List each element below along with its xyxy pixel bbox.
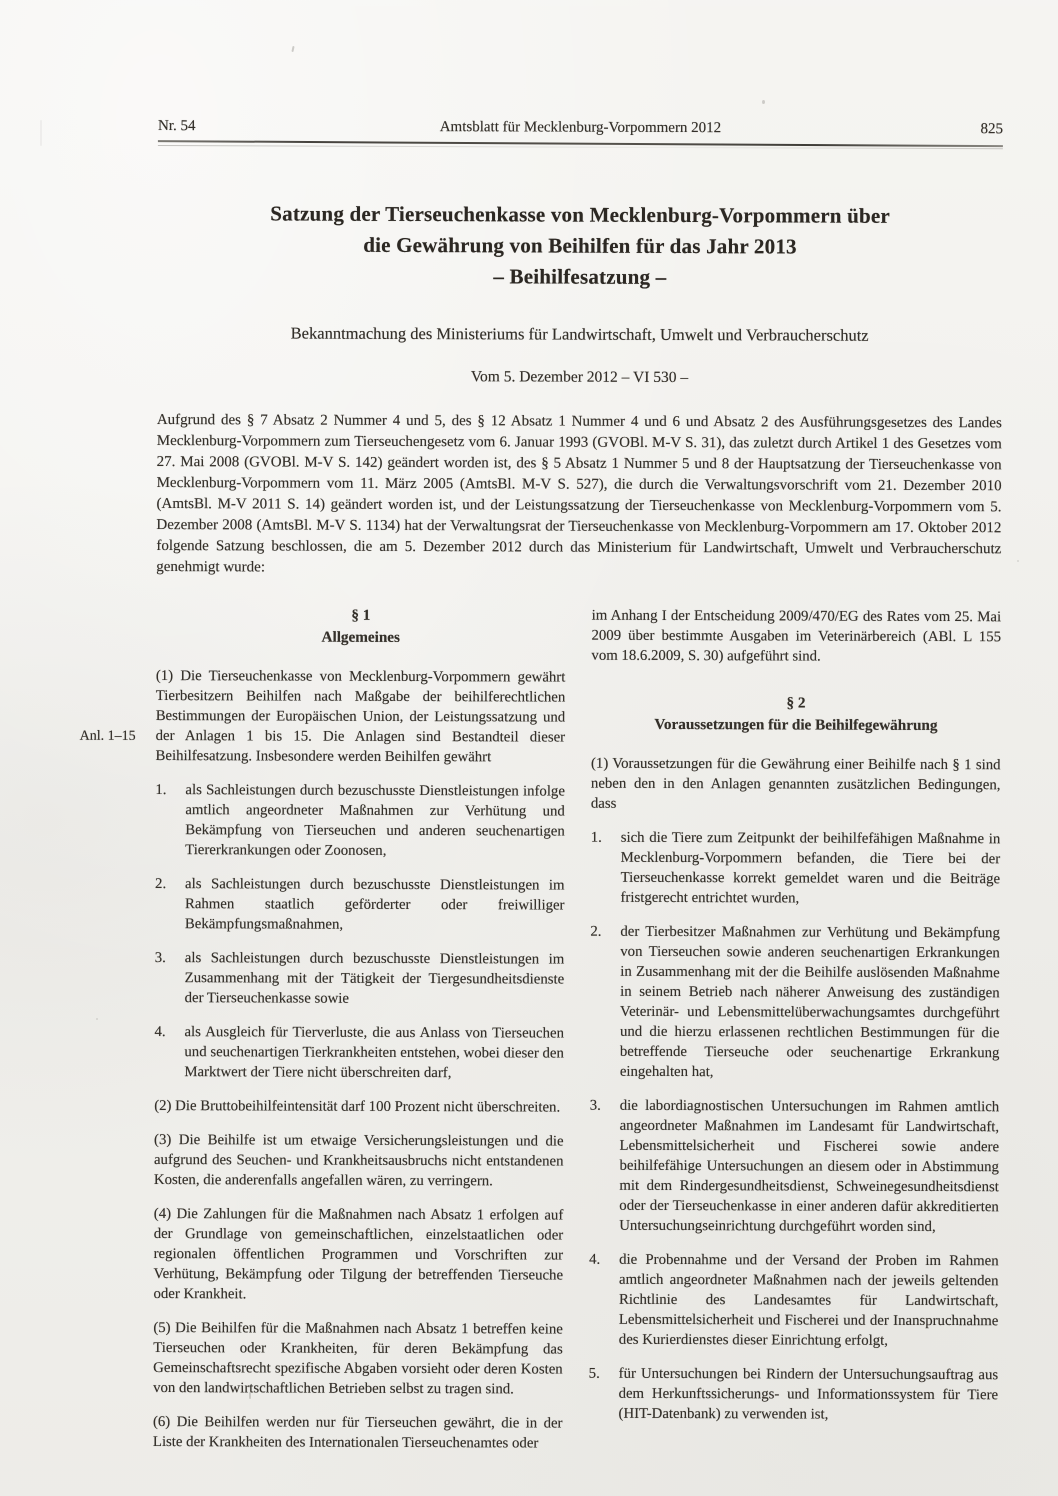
- page-content: Nr. 54 Amtsblatt für Mecklenburg-Vorpomm…: [153, 118, 1003, 1455]
- list-item: 1. sich die Tiere zum Zeitpunkt der beih…: [590, 828, 1000, 910]
- list-item-text: als Sachleistungen durch bezuschusste Di…: [185, 874, 565, 935]
- list-item-text: sich die Tiere zum Zeitpunkt der beihilf…: [620, 828, 1000, 909]
- list-item: 2. der Tierbesitzer Maßnahmen zur Verhüt…: [590, 922, 1000, 1084]
- section1-paragraph-6-start: (6) Die Beihilfen werden nur für Tierseu…: [153, 1412, 563, 1454]
- page-number: 825: [843, 121, 1003, 139]
- section1-paragraph-4: (4) Die Zahlungen für die Maßnahmen nach…: [153, 1204, 563, 1306]
- annex-margin-note: Anl. 1–15: [80, 727, 136, 747]
- document-title: Satzung der Tierseuchenkasse von Mecklen…: [157, 198, 1002, 294]
- left-column: § 1 Allgemeines Anl. 1–15 (1) Die Tierse…: [153, 604, 566, 1454]
- list-item-number: 5.: [588, 1364, 618, 1424]
- section1-paragraph-1: Anl. 1–15 (1) Die Tierseuchenkasse von M…: [156, 666, 566, 768]
- list-item: 4. die Probennahme und der Versand der P…: [589, 1250, 999, 1352]
- list-item-number: 1.: [590, 828, 620, 908]
- list-item-number: 4.: [589, 1250, 619, 1350]
- section2-number: § 2: [591, 692, 1001, 716]
- section1-number: § 1: [156, 604, 566, 628]
- list-item: 3. die labordiagnostischen Untersuchunge…: [589, 1096, 999, 1238]
- list-item-text: für Untersuchungen bei Rindern der Unter…: [618, 1364, 998, 1425]
- journal-title: Amtsblatt für Mecklenburg-Vorpommern 201…: [318, 119, 843, 138]
- list-item: 5. für Untersuchungen bei Rindern der Un…: [588, 1364, 998, 1426]
- list-item-number: 2.: [590, 922, 621, 1082]
- list-item-number: 3.: [589, 1096, 620, 1236]
- section1-paragraph-3: (3) Die Beihilfe ist um etwaige Versiche…: [154, 1130, 564, 1192]
- scanned-page: Nr. 54 Amtsblatt für Mecklenburg-Vorpomm…: [0, 0, 1058, 1496]
- two-column-body: § 1 Allgemeines Anl. 1–15 (1) Die Tierse…: [153, 604, 1001, 1455]
- scan-artifact: [1017, 560, 1019, 562]
- list-item-number: 3.: [155, 948, 185, 1008]
- section1-paragraph-2: (2) Die Bruttobeihilfeintensität darf 10…: [154, 1096, 564, 1118]
- list-item-number: 2.: [155, 874, 185, 934]
- right-column: im Anhang I der Entscheidung 2009/470/EG…: [588, 606, 1001, 1456]
- list-item-text: als Sachleistungen durch bezuschusste Di…: [185, 780, 565, 861]
- list-item: 4. als Ausgleich für Tierverluste, die a…: [154, 1022, 564, 1084]
- paragraph-text: (1) Die Tierseuchenkasse von Mecklenburg…: [156, 668, 566, 765]
- document-title-line1: Satzung der Tierseuchenkasse von Mecklen…: [158, 198, 1003, 232]
- document-title-line2: die Gewährung von Beihilfen für das Jahr…: [157, 229, 1002, 263]
- list-item-text: die labordiagnostischen Untersuchungen i…: [619, 1096, 999, 1237]
- document-title-line3: – Beihilfesatzung –: [157, 260, 1002, 294]
- issue-number: Nr. 54: [158, 118, 318, 136]
- section2-heading: § 2 Voraussetzungen für die Beihilfegewä…: [591, 692, 1001, 738]
- dateline: Vom 5. Dezember 2012 – VI 530 –: [157, 367, 1002, 388]
- section1-heading: § 1 Allgemeines: [156, 604, 566, 650]
- preamble-paragraph: Aufgrund des § 7 Absatz 2 Nummer 4 und 5…: [156, 410, 1002, 581]
- list-item-number: 1.: [155, 780, 185, 860]
- section1-title: Allgemeines: [156, 626, 566, 650]
- section1-paragraph-5: (5) Die Beihilfen für die Maßnahmen nach…: [153, 1318, 563, 1400]
- scan-artifact: [762, 100, 765, 104]
- scan-artifact: [291, 46, 294, 52]
- list-item-text: der Tierbesitzer Maßnahmen zur Verhütung…: [620, 922, 1000, 1083]
- list-item-text: als Sachleistungen durch bezuschusste Di…: [185, 948, 565, 1009]
- list-item: 1. als Sachleistungen durch bezuschusste…: [155, 780, 565, 862]
- section2-paragraph-1: (1) Voraussetzungen für die Gewährung ei…: [591, 754, 1001, 816]
- list-item-text: die Probennahme und der Versand der Prob…: [619, 1250, 999, 1351]
- announcement-line: Bekanntmachung des Ministeriums für Land…: [157, 323, 1002, 346]
- list-item: 3. als Sachleistungen durch bezuschusste…: [155, 948, 565, 1010]
- list-item-text: als Ausgleich für Tierverluste, die aus …: [184, 1022, 564, 1083]
- section1-paragraph-6-continuation: im Anhang I der Entscheidung 2009/470/EG…: [591, 606, 1001, 668]
- section2-title: Voraussetzungen für die Beihilfegewährun…: [591, 714, 1001, 738]
- scan-artifact: [40, 120, 42, 146]
- list-item-number: 4.: [154, 1022, 184, 1082]
- scan-artifact: [96, 1018, 98, 1020]
- list-item: 2. als Sachleistungen durch bezuschusste…: [155, 874, 565, 936]
